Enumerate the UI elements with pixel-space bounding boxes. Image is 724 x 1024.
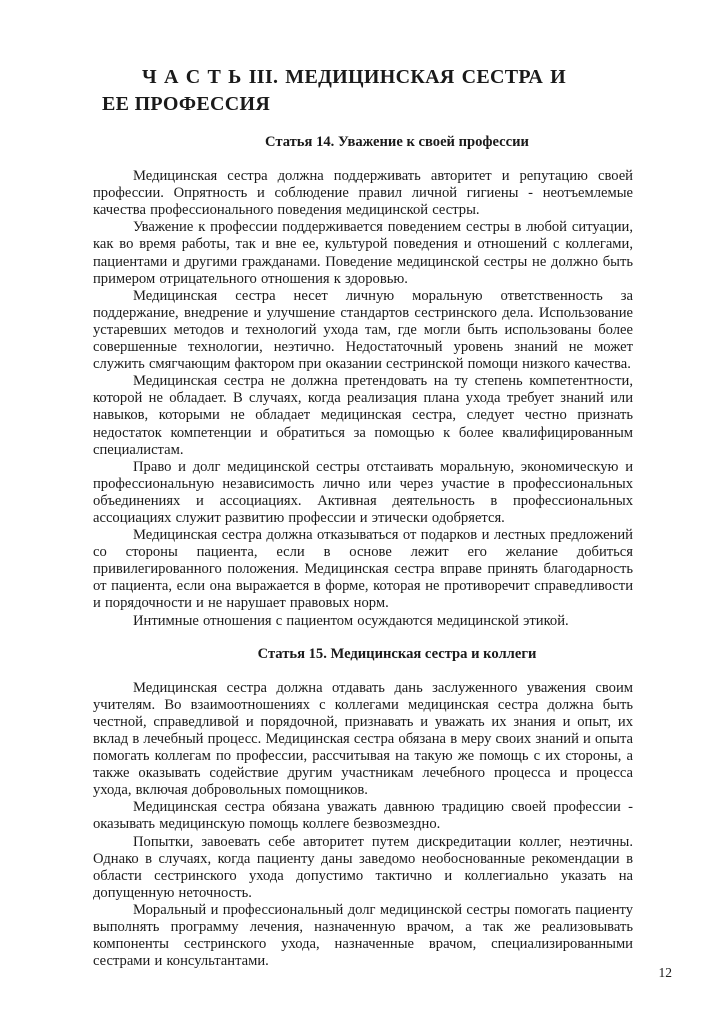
article-14: Статья 14. Уважение к своей профессии Ме… [93, 134, 633, 630]
article-14-heading: Статья 14. Уважение к своей профессии [93, 134, 633, 151]
body-paragraph: Моральный и профессиональный долг медици… [93, 902, 633, 970]
page-content: Ч А С Т Ь III. МЕДИЦИНСКАЯ СЕСТРА И ЕЕ П… [93, 64, 633, 970]
body-paragraph: Право и долг медицинской сестры отстаива… [93, 459, 633, 527]
body-paragraph: Уважение к профессии поддерживается пове… [93, 219, 633, 287]
body-paragraph: Медицинская сестра должна отдавать дань … [93, 680, 633, 800]
body-paragraph: Медицинская сестра несет личную моральну… [93, 288, 633, 373]
body-paragraph: Медицинская сестра должна поддерживать а… [93, 168, 633, 219]
body-paragraph: Интимные отношения с пациентом осуждаютс… [93, 613, 633, 630]
article-15-heading: Статья 15. Медицинская сестра и коллеги [93, 646, 633, 663]
body-paragraph: Медицинская сестра должна отказываться о… [93, 527, 633, 612]
document-page: Ч А С Т Ь III. МЕДИЦИНСКАЯ СЕСТРА И ЕЕ П… [0, 0, 724, 1024]
article-15: Статья 15. Медицинская сестра и коллеги … [93, 646, 633, 971]
body-paragraph: Попытки, завоевать себе авторитет путем … [93, 834, 633, 902]
article-15-body: Медицинская сестра должна отдавать дань … [93, 680, 633, 971]
article-14-body: Медицинская сестра должна поддерживать а… [93, 168, 633, 630]
body-paragraph: Медицинская сестра не должна претендоват… [93, 373, 633, 458]
page-number: 12 [659, 964, 673, 981]
body-paragraph: Медицинская сестра обязана уважать давню… [93, 799, 633, 833]
document-title: Ч А С Т Ь III. МЕДИЦИНСКАЯ СЕСТРА И ЕЕ П… [102, 64, 566, 118]
